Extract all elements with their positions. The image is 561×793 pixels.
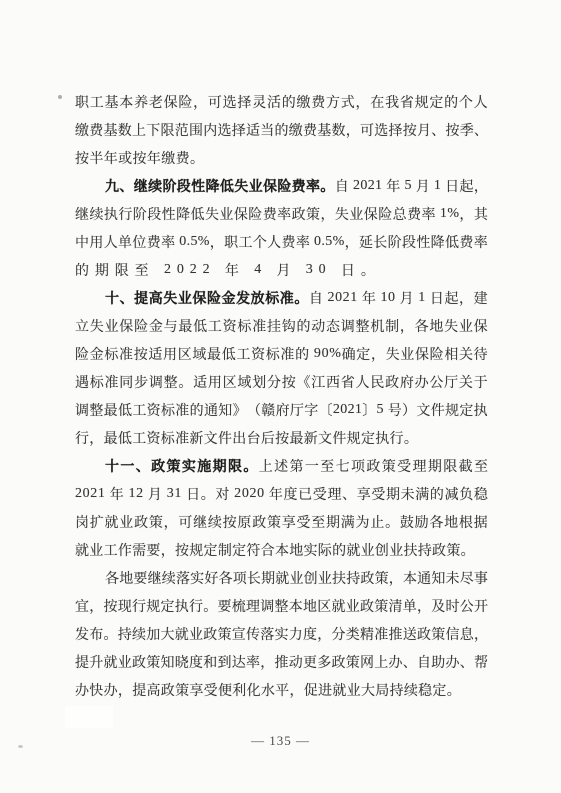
scan-artifact-speck-gray — [18, 745, 23, 748]
text-line: 继续执行阶段性降低失业保险费率政策，失业保险总费率 1%，其 — [75, 200, 488, 228]
document-body: 职工基本养老保险，可选择灵活的缴费方式，在我省规定的个人缴费基数上下限范围内选择… — [75, 88, 488, 704]
text-line: 遇标准同步调整。适用区域划分按《江西省人民政府办公厅关于 — [75, 368, 488, 396]
text-line: 的期限至 2022 年 4 月 30 日。 — [75, 256, 375, 284]
text-line: 险金标准按适用区域最低工资标准的 90%确定，失业保险相关待 — [75, 340, 488, 368]
text-line: 职工基本养老保险，可选择灵活的缴费方式，在我省规定的个人 — [75, 88, 488, 116]
scan-artifact-light-patch — [65, 706, 113, 728]
text-line: 岗扩就业政策，可继续按原政策享受至期满为止。鼓励各地根据 — [75, 508, 488, 536]
text-line: 发布。持续加大就业政策宣传落实力度，分类精准推送政策信息， — [75, 620, 488, 648]
text-line: 行，最低工资标准新文件出台后按最新文件规定执行。 — [75, 424, 418, 452]
text-line: 各地要继续落实好各项长期就业创业扶持政策，本通知未尽事 — [105, 564, 488, 592]
text-line: 就业工作需要，按规定制定符合本地实际的就业创业扶持政策。 — [75, 536, 475, 564]
text-line: 宜，按现行规定执行。要梳理调整本地区就业政策清单，及时公开 — [75, 592, 488, 620]
text-line: 中用人单位费率 0.5%，职工个人费率 0.5%，延长阶段性降低费率 — [75, 228, 488, 256]
text-line: 调整最低工资标准的通知》（赣府厅字〔2021〕5 号）文件规定执 — [75, 396, 488, 424]
text-line: 2021 年 12 月 31 日。对 2020 年度已受理、享受期未满的减负稳 — [75, 480, 488, 508]
section-heading-line: 十一、政策实施期限。上述第一至七项政策受理期限截至 — [105, 452, 488, 480]
page-number: — 135 — — [0, 733, 561, 749]
text-line: 立失业保险金与最低工资标准挂钩的动态调整机制，各地失业保 — [75, 312, 488, 340]
section-heading-line: 十、提高失业保险金发放标准。自 2021 年 10 月 1 日起，建 — [105, 284, 488, 312]
text-line: 提升就业政策知晓度和到达率，推动更多政策网上办、自助办、帮 — [75, 648, 488, 676]
section-heading-line: 九、继续阶段性降低失业保险费率。自 2021 年 5 月 1 日起， — [105, 172, 488, 200]
text-line: 按半年或按年缴费。 — [75, 144, 204, 172]
scan-artifact-speck-dark — [58, 95, 62, 99]
text-line: 办快办，提高政策享受便利化水平，促进就业大局持续稳定。 — [75, 676, 461, 704]
text-line: 缴费基数上下限范围内选择适当的缴费基数，可选择按月、按季、 — [75, 116, 488, 144]
scanned-document-page: 职工基本养老保险，可选择灵活的缴费方式，在我省规定的个人缴费基数上下限范围内选择… — [0, 0, 561, 793]
